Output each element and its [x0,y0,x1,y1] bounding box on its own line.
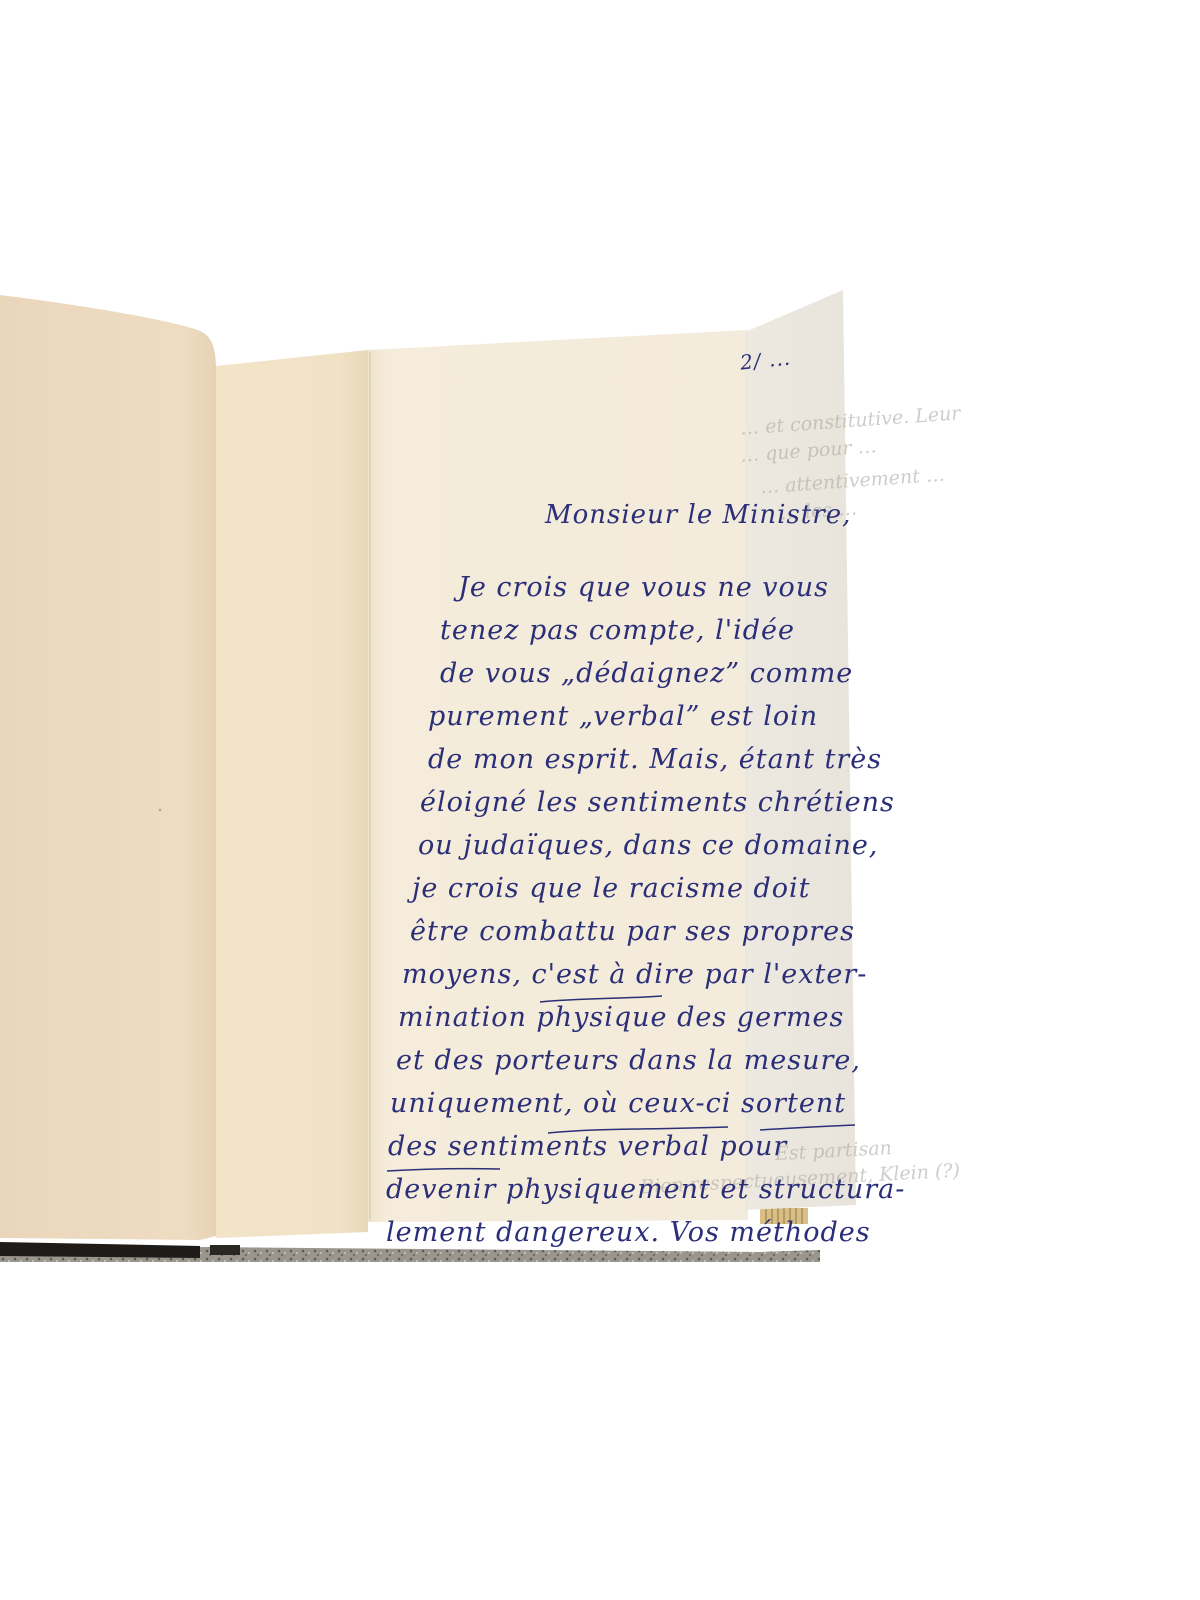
book-photo: … et constitutive. Leur … que pour … … a… [0,0,1200,1600]
letter-line: éloigné les sentiments chrétiens [420,787,895,818]
letter-line: uniquement, où ceux-ci sortent [390,1088,846,1119]
letter-line: je crois que le racisme doit [412,873,811,904]
letter-line: tenez pas compte, l'idée [440,615,795,646]
letter-line: et des porteurs dans la mesure, [396,1045,861,1076]
middle-leaf [216,350,368,1238]
left-page [0,295,216,1240]
letter-line: être combattu par ses propres [410,916,855,947]
letter-line: purement „verbal” est loin [428,701,818,732]
letter-line: mination physique des germes [398,1002,844,1033]
letter-line: des sentiments verbal pour [388,1131,787,1162]
letter-line: de mon esprit. Mais, étant très [428,744,882,775]
letter-line: ou judaïques, dans ce domaine, [418,830,878,861]
salutation: Monsieur le Ministre, [545,500,851,530]
letter-line: de vous „dédaignez” comme [440,658,853,689]
letter-line: Je crois que vous ne vous [458,572,829,603]
book-cover-dark-edge [0,1242,200,1258]
letter-line: lement dangereux. Vos méthodes [386,1217,871,1248]
letter-line: moyens, c'est à dire par l'exter- [402,959,867,990]
letter-line: devenir physiquement et structura- [386,1174,905,1205]
